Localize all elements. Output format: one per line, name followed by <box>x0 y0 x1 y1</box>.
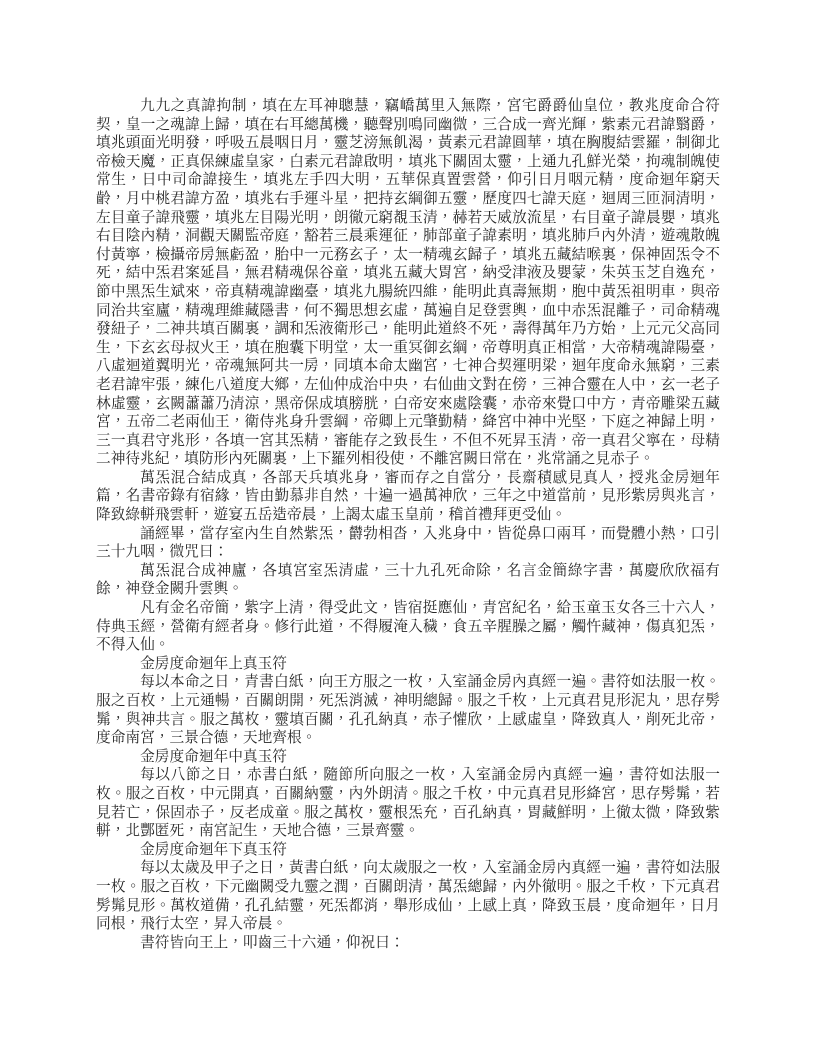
incantation-verse-paragraph: 萬炁混合成神廬，各填宮室炁清虛，三十九孔死命除，名言金簡綠字書，萬慶欣欣福有餘，… <box>96 562 720 599</box>
talisman-closing-paragraph: 書符皆向王上，叩齒三十六通，仰祝曰： <box>96 934 720 953</box>
lower-talisman-method-paragraph: 每以太歲及甲子之日，黃書白紙，向太歲服之一枚，入室誦金房內真經一遍，書符如法服一… <box>96 859 720 933</box>
lower-talisman-heading: 金房度命迴年下真玉符 <box>96 841 720 860</box>
opening-verse-paragraph: 九九之真諱拘制，填在左耳神聰慧，竊嶠萬里入無際，宮宅爵爵仙皇位，教兆度命合符契，… <box>96 97 720 469</box>
middle-talisman-method-paragraph: 每以八節之日，赤書白紙，隨節所向服之一枚，入室誦金房內真經一遍，書符如法服一枚。… <box>96 766 720 840</box>
upper-talisman-heading: 金房度命迴年上真玉符 <box>96 655 720 674</box>
document-page: 九九之真諱拘制，填在左耳神聰慧，竊嶠萬里入無際，宮宅爵爵仙皇位，教兆度命合符契，… <box>0 0 816 1056</box>
middle-talisman-heading: 金房度命迴年中真玉符 <box>96 748 720 767</box>
transmission-rules-paragraph: 凡有金名帝簡，紫字上清，得受此文，皆宿挺應仙，青宮紀名，給玉童玉女各三十六人，侍… <box>96 599 720 655</box>
merged-qi-verse-paragraph: 萬炁混合結成真，各部天兵填兆身，審而存之自當分，長齋積感見真人，授兆金房迴年篇，… <box>96 469 720 525</box>
text-block: 九九之真諱拘制，填在左耳神聰慧，竊嶠萬里入無際，宮宅爵爵仙皇位，教兆度命合符契，… <box>96 97 720 952</box>
recitation-instruction-paragraph: 誦經畢，當存室內生自然紫炁，欝勃相沓，入兆身中，皆從鼻口兩耳，而覺體小熱，口引三… <box>96 525 720 562</box>
upper-talisman-method-paragraph: 每以本命之日，青書白紙，向王方服之一枚，入室誦金房內真經一遍。書符如法服一枚。服… <box>96 673 720 747</box>
